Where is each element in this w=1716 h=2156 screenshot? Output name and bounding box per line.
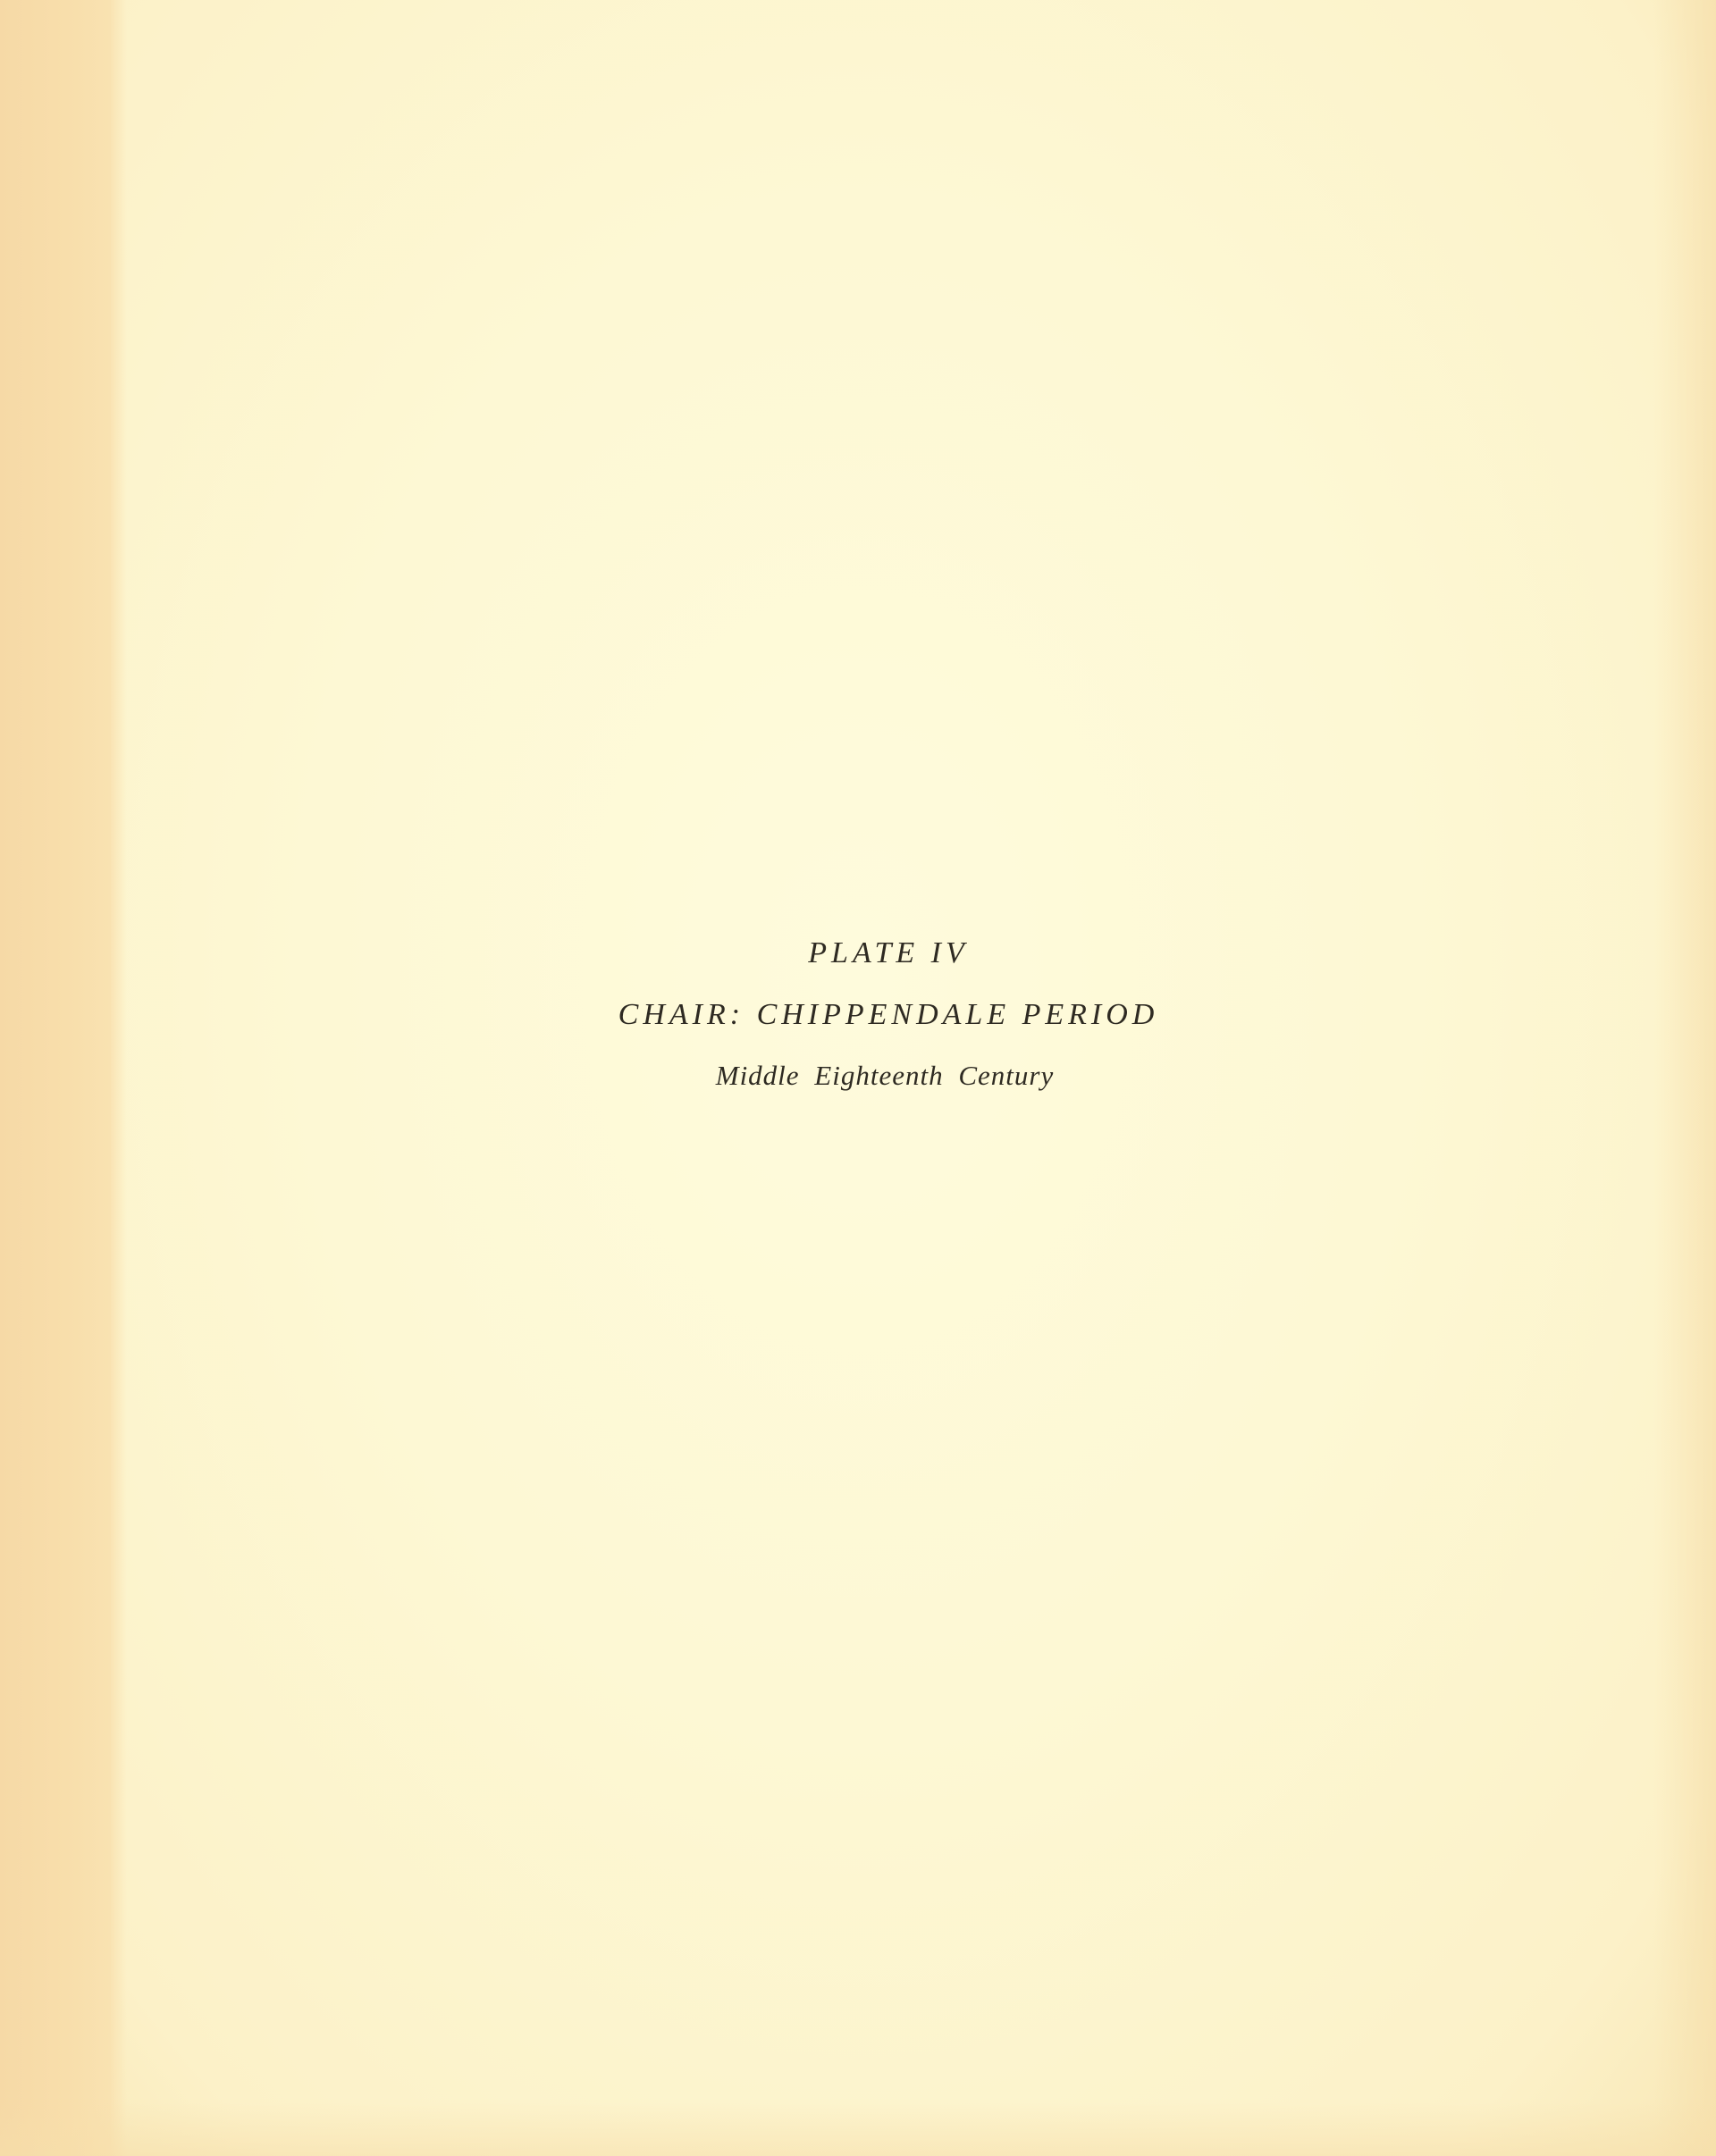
plate-period: Middle Eighteenth Century <box>0 1060 1716 1092</box>
page-bottom-edge <box>0 2102 1716 2156</box>
plate-subject: CHAIR: CHIPPENDALE PERIOD <box>0 998 1716 1032</box>
plate-title: PLATE IV <box>0 936 1716 970</box>
book-page: PLATE IV CHAIR: CHIPPENDALE PERIOD Middl… <box>0 0 1716 2156</box>
